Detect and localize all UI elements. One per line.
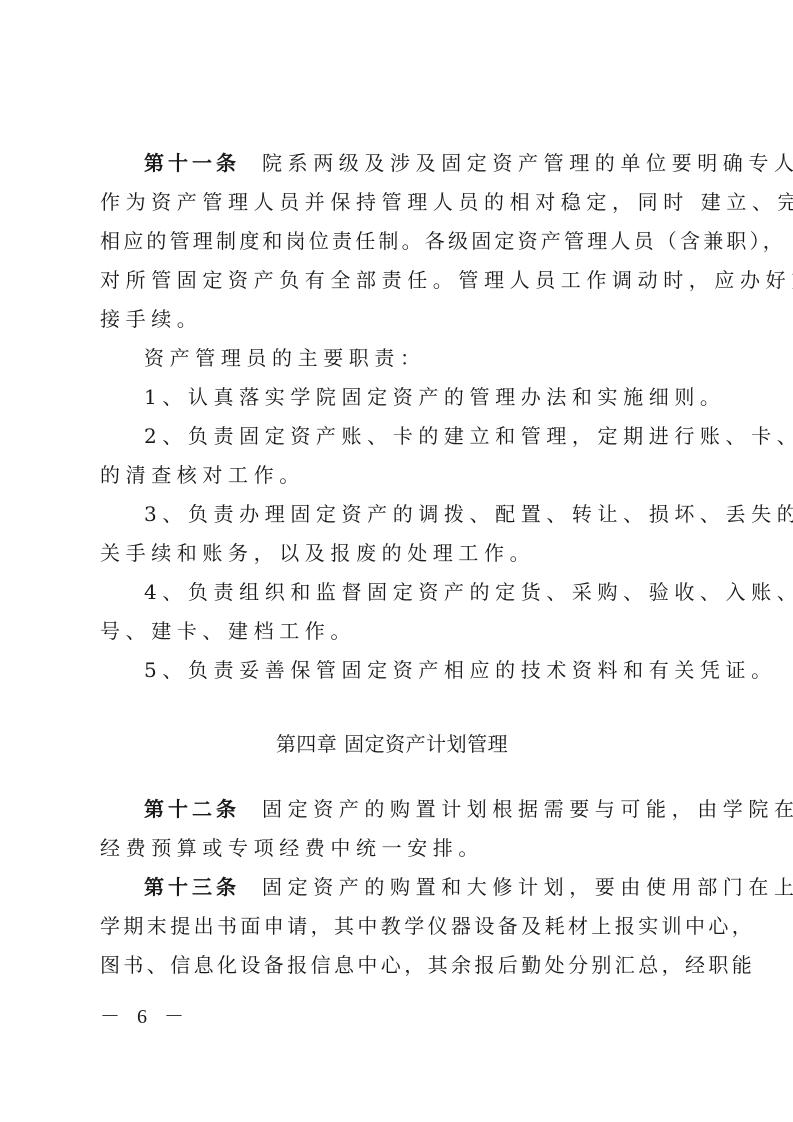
article-11-first-line: 第十一条院系两级及涉及固定资产管理的单位要明确专人 [144, 150, 684, 189]
article-12-line: 经费预算或专项经费中统一安排。 [100, 835, 684, 874]
article-13-line: 图书、信息化设备报信息中心，其余报后勤处分别汇总，经职能 [100, 952, 684, 991]
duty-item-4-cont: 号、建卡、建档工作。 [100, 618, 684, 657]
article-11-line: 相应的管理制度和岗位责任制。各级固定资产管理人员（含兼职）， [100, 228, 684, 267]
article-11-label: 第十一条 [144, 151, 240, 175]
article-13-first-line: 第十三条固定资产的购置和大修计划，要由使用部门在上 [144, 874, 684, 913]
article-12-label: 第十二条 [144, 797, 240, 821]
article-11-line: 作为资产管理人员并保持管理人员的相对稳定，同时 建立、完善 [100, 189, 684, 228]
article-13-text: 固定资产的购置和大修计划，要由使用部门在上 [262, 875, 793, 899]
duty-item-4: 4、负责组织和监督固定资产的定货、采购、验收、入账、编 [144, 579, 684, 618]
duties-title: 资产管理员的主要职责： [144, 345, 684, 384]
article-11-text: 院系两级及涉及固定资产管理的单位要明确专人 [262, 151, 793, 175]
duty-item-3-cont: 关手续和账务，以及报废的处理工作。 [100, 540, 684, 579]
duty-item-5: 5、负责妥善保管固定资产相应的技术资料和有关凭证。 [144, 657, 684, 696]
article-12-text: 固定资产的购置计划根据需要与可能，由学院在 [262, 797, 793, 821]
article-11-line: 对所管固定资产负有全部责任。管理人员工作调动时，应办好交 [100, 267, 684, 306]
page-number: － 6 － [100, 1000, 190, 1029]
article-13-label: 第十三条 [144, 875, 240, 899]
duty-item-2-cont: 的清查核对工作。 [100, 462, 684, 501]
duty-item-2: 2、负责固定资产账、卡的建立和管理，定期进行账、卡、物 [144, 423, 684, 462]
duty-item-1: 1、认真落实学院固定资产的管理办法和实施细则。 [144, 384, 684, 423]
article-11-line: 接手续。 [100, 306, 684, 345]
duty-item-3: 3、负责办理固定资产的调拨、配置、转让、损坏、丢失的有 [144, 501, 684, 540]
article-12-first-line: 第十二条固定资产的购置计划根据需要与可能，由学院在 [144, 796, 684, 835]
chapter-heading: 第四章 固定资产计划管理 [100, 728, 684, 757]
article-13-line: 学期末提出书面申请，其中教学仪器设备及耗材上报实训中心， [100, 913, 684, 952]
